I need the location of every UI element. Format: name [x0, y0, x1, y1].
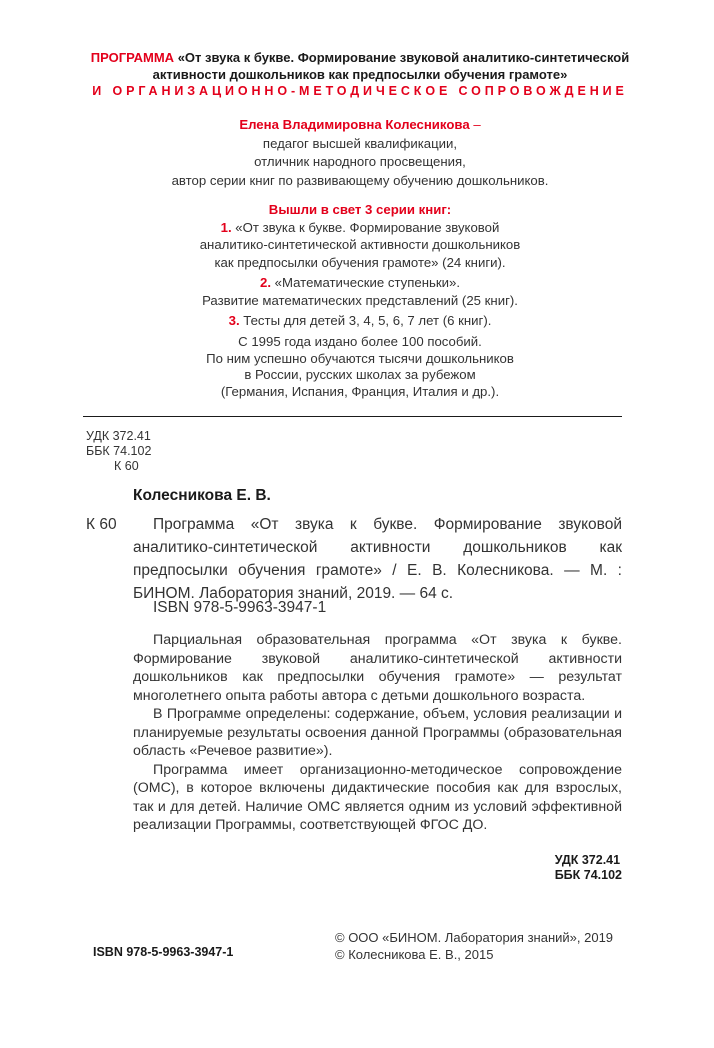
series-text: «От звука к букве. Формирование звуковой — [232, 220, 500, 235]
copyright-block: © ООО «БИНОМ. Лаборатория знаний», 2019 … — [335, 929, 613, 963]
udk-footer: УДК 372.41 ББК 74.102 — [555, 853, 622, 883]
udk-code: УДК 372.41 — [86, 429, 151, 444]
series-text: «Математические ступеньки». — [271, 275, 460, 290]
author-mark: К 60 — [86, 459, 151, 474]
series-item-2: 2. «Математические ступеньки». Развитие … — [170, 274, 550, 309]
author-bio: Елена Владимировна Колесникова – педагог… — [150, 116, 570, 190]
program-title-line-2: активности дошкольников как предпосылки … — [80, 66, 640, 83]
series-number: 3. — [229, 313, 240, 328]
catalog-isbn: ISBN 978-5-9963-3947-1 — [153, 599, 326, 617]
series-text: как предпосылки обучения грамоте» (24 кн… — [214, 255, 505, 270]
series-text: аналитико-синтетической активности дошко… — [200, 237, 521, 252]
footer-isbn: ISBN 978-5-9963-3947-1 — [93, 945, 233, 959]
catalog-author: Колесникова Е. В. — [133, 487, 271, 505]
series-text: Развитие математических представлений (2… — [202, 293, 518, 308]
annotation-paragraph: В Программе определены: содержание, объе… — [133, 705, 622, 761]
series-number: 2. — [260, 275, 271, 290]
program-label: ПРОГРАММА — [91, 50, 174, 65]
catalog-description: Программа «От звука к букве. Формировани… — [133, 513, 622, 605]
stats-line: С 1995 года издано более 100 пособий. — [170, 334, 550, 351]
classification-codes: УДК 372.41 ББК 74.102 К 60 — [86, 429, 151, 474]
program-title-part-1: «От звука к букве. Формирование звуковой… — [178, 50, 630, 65]
series-item-1: 1. «От звука к букве. Формирование звуко… — [170, 219, 550, 272]
section-divider — [83, 416, 622, 417]
author-dash: – — [470, 117, 481, 132]
udk-code-bold: УДК 372.41 — [555, 853, 622, 868]
bbk-code: ББК 74.102 — [86, 444, 151, 459]
annotation: Парциальная образовательная программа «О… — [133, 631, 622, 835]
stats-line: (Германия, Испания, Франция, Италия и др… — [170, 384, 550, 401]
copyright-author: © Колесникова Е. В., 2015 — [335, 946, 613, 963]
author-credential: педагог высшей квалификации, — [150, 135, 570, 154]
author-credential: автор серии книг по развивающему обучени… — [150, 172, 570, 191]
bbk-code-bold: ББК 74.102 — [555, 868, 622, 883]
program-header: ПРОГРАММА «От звука к букве. Формировани… — [80, 49, 640, 100]
publication-stats: С 1995 года издано более 100 пособий. По… — [170, 334, 550, 400]
author-name-line: Елена Владимировна Колесникова – — [150, 116, 570, 135]
annotation-paragraph: Программа имеет организационно-методичес… — [133, 761, 622, 835]
program-subtitle: И ОРГАНИЗАЦИОННО-МЕТОДИЧЕСКОЕ СОПРОВОЖДЕ… — [80, 83, 640, 100]
stats-line: в России, русских школах за рубежом — [170, 367, 550, 384]
series-title: Вышли в свет 3 серии книг: — [170, 201, 550, 219]
author-credential: отличник народного просвещения, — [150, 153, 570, 172]
catalog-code: К 60 — [86, 513, 117, 536]
series-text: Тесты для детей 3, 4, 5, 6, 7 лет (6 кни… — [240, 313, 492, 328]
annotation-paragraph: Парциальная образовательная программа «О… — [133, 631, 622, 705]
book-series: Вышли в свет 3 серии книг: 1. «От звука … — [170, 201, 550, 330]
program-title-line-1: ПРОГРАММА «От звука к букве. Формировани… — [80, 49, 640, 66]
series-item-3: 3. Тесты для детей 3, 4, 5, 6, 7 лет (6 … — [170, 312, 550, 330]
author-name: Елена Владимировна Колесникова — [239, 117, 469, 132]
copyright-publisher: © ООО «БИНОМ. Лаборатория знаний», 2019 — [335, 929, 613, 946]
series-number: 1. — [221, 220, 232, 235]
stats-line: По ним успешно обучаются тысячи дошкольн… — [170, 351, 550, 368]
